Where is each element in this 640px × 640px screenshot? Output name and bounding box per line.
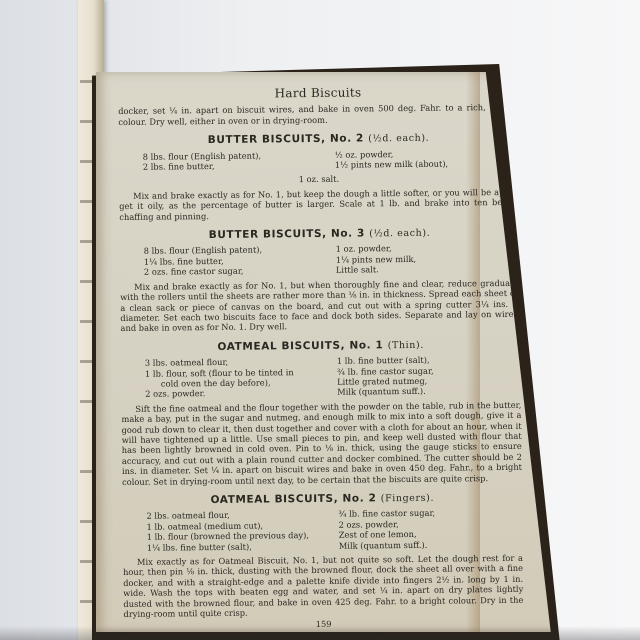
ingredient: Little salt. xyxy=(336,263,520,275)
recipe-title: BUTTER BISCUITS, No. 2 (½d. each). xyxy=(118,132,518,148)
recipe-title-main: OATMEAL BISCUITS, No. 1 xyxy=(217,339,383,353)
recipe-butter-biscuits-3: BUTTER BISCUITS, No. 3 (½d. each). 8 lbs… xyxy=(119,227,520,334)
recipe-title-sub: (Thin). xyxy=(388,340,424,351)
ingredient-list: 8 lbs. flour (English patent), 1 oz. pow… xyxy=(120,242,520,277)
ingredient: 1½ pints new milk (about), xyxy=(335,158,519,170)
recipe-method: Sift the fine oatmeal and the flour toge… xyxy=(121,400,522,487)
ingredient: 2 lbs. fine butter, xyxy=(143,160,327,172)
recipe-title: OATMEAL BISCUITS, No. 2 (Fingers). xyxy=(122,492,522,508)
ingredient: 2 ozs. fine castor sugar, xyxy=(144,265,328,277)
ingredient: 1 oz. salt. xyxy=(119,172,519,187)
table-shadow xyxy=(0,626,640,640)
book-page: Hard Biscuits docker, set ¼ in. apart on… xyxy=(96,72,560,632)
ingredient: Milk (quantum suff.). xyxy=(339,538,523,550)
page-content: Hard Biscuits docker, set ¼ in. apart on… xyxy=(118,86,524,632)
recipe-method: Mix and brake exactly as for No. 1, but … xyxy=(120,277,521,333)
running-head: Hard Biscuits xyxy=(118,86,518,101)
ingredient-list: 8 lbs. flour (English patent), ½ oz. pow… xyxy=(119,147,519,172)
recipe-title-sub: (½d. each). xyxy=(368,133,429,145)
ingredient: 2 ozs. powder. xyxy=(145,387,329,399)
recipe-title-main: BUTTER BISCUITS, No. 2 xyxy=(208,133,364,147)
recipe-title-sub: (½d. each). xyxy=(369,228,430,240)
ingredient-list: 3 lbs. oatmeal flour, 1 lb. fine butter … xyxy=(121,354,521,400)
recipe-title: BUTTER BISCUITS, No. 3 (½d. each). xyxy=(119,227,519,243)
ingredient: Milk (quantum suff.). xyxy=(337,385,521,397)
recipe-title-main: BUTTER BISCUITS, No. 3 xyxy=(209,227,365,241)
recipe-title: OATMEAL BISCUITS, No. 1 (Thin). xyxy=(121,339,521,355)
ingredient-list: 2 lbs. oatmeal flour, ¾ lb. fine castor … xyxy=(122,507,522,553)
recipe-butter-biscuits-2: BUTTER BISCUITS, No. 2 (½d. each). 8 lbs… xyxy=(118,132,519,222)
recipe-oatmeal-biscuits-2: OATMEAL BISCUITS, No. 2 (Fingers). 2 lbs… xyxy=(122,492,523,620)
ingredient: 1¼ lbs. fine butter (salt), xyxy=(147,540,331,552)
recipe-method: Mix and brake exactly as for No. 1, but … xyxy=(119,187,519,222)
recipe-title-sub: (Fingers). xyxy=(381,493,434,505)
recipe-oatmeal-biscuits-1: OATMEAL BISCUITS, No. 1 (Thin). 3 lbs. o… xyxy=(121,339,522,487)
intro-paragraph: docker, set ¼ in. apart on biscuit wires… xyxy=(118,102,518,127)
recipe-method: Mix exactly as for Oatmeal Biscuit, No. … xyxy=(123,553,524,620)
recipe-title-main: OATMEAL BISCUITS, No. 2 xyxy=(210,492,376,506)
